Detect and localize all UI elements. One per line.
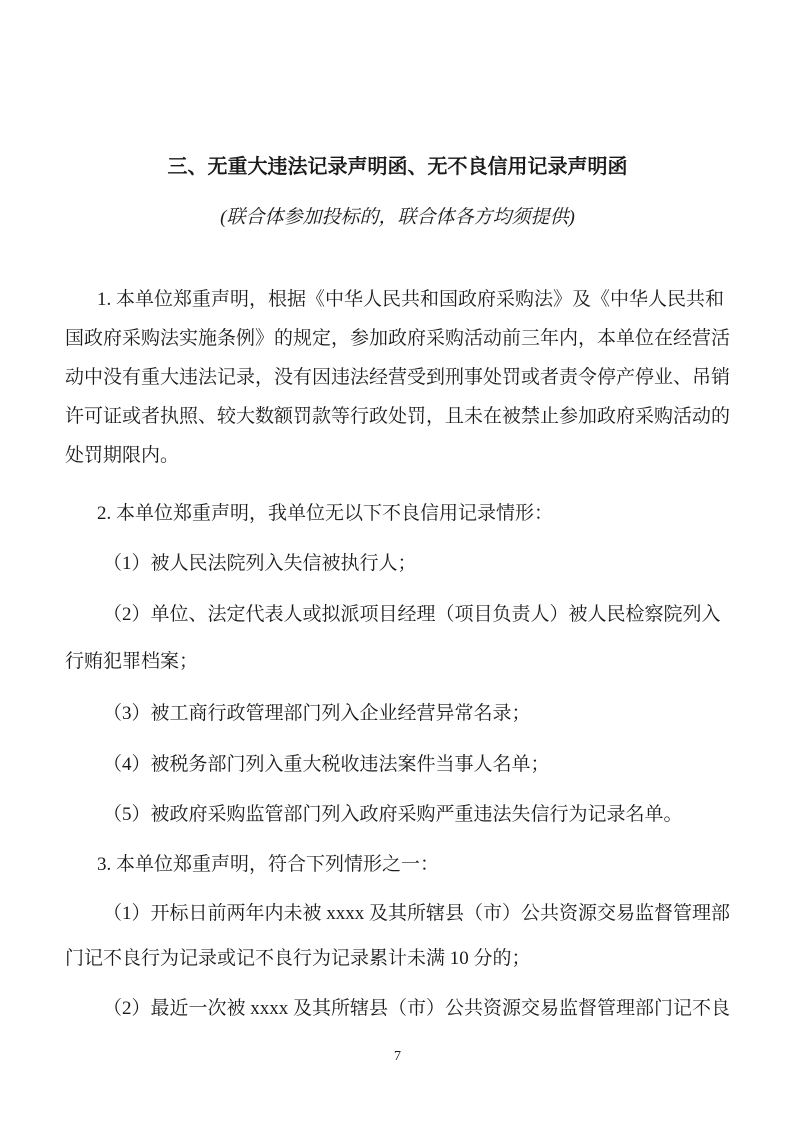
text-line: 处罚期限内。 [65, 436, 730, 475]
credit-item-3: （3）被工商行政管理部门列入企业经营异常名录； [65, 694, 730, 734]
paragraph-declaration-3: 3. 本单位郑重声明，符合下列情形之一： [65, 845, 730, 885]
text-line: （1）被人民法院列入失信被执行人； [65, 544, 730, 584]
text-line: （4）被税务部门列入重大税收违法案件当事人名单； [65, 745, 730, 785]
text-line: （2）最近一次被 xxxx 及其所辖县（市）公共资源交易监督管理部门记不良 [65, 989, 730, 1029]
text-line: （3）被工商行政管理部门列入企业经营异常名录； [65, 694, 730, 734]
text-line: 门记不良行为记录或记不良行为记录累计未满 10 分的； [65, 939, 730, 979]
text-line: 3. 本单位郑重声明，符合下列情形之一： [65, 845, 730, 885]
text-line: 行贿犯罪档案； [65, 642, 730, 682]
text-line: 许可证或者执照、较大数额罚款等行政处罚，且未在被禁止参加政府采购活动的 [65, 397, 730, 436]
text-line: （1）开标日前两年内未被 xxxx 及其所辖县（市）公共资源交易监督管理部 [65, 894, 730, 934]
situation-item-2: （2）最近一次被 xxxx 及其所辖县（市）公共资源交易监督管理部门记不良 [65, 989, 730, 1029]
document-page: 三、无重大违法记录声明函、无不良信用记录声明函 (联合体参加投标的，联合体各方均… [0, 0, 793, 1122]
document-subtitle: (联合体参加投标的，联合体各方均须提供) [65, 204, 730, 232]
text-line: （2）单位、法定代表人或拟派项目经理（项目负责人）被人民检察院列入 [65, 595, 730, 635]
paragraph-declaration-2: 2. 本单位郑重声明，我单位无以下不良信用记录情形： [65, 494, 730, 534]
credit-item-4: （4）被税务部门列入重大税收违法案件当事人名单； [65, 745, 730, 785]
text-line: （5）被政府采购监管部门列入政府采购严重违法失信行为记录名单。 [65, 795, 730, 835]
credit-item-5: （5）被政府采购监管部门列入政府采购严重违法失信行为记录名单。 [65, 795, 730, 835]
credit-item-1: （1）被人民法院列入失信被执行人； [65, 544, 730, 584]
text-line: 国政府采购法实施条例》的规定，参加政府采购活动前三年内，本单位在经营活 [65, 319, 730, 358]
page-number: 7 [65, 1047, 730, 1067]
text-line: 1. 本单位郑重声明，根据《中华人民共和国政府采购法》及《中华人民共和 [65, 280, 730, 319]
document-title: 三、无重大违法记录声明函、无不良信用记录声明函 [65, 153, 730, 181]
credit-item-2: （2）单位、法定代表人或拟派项目经理（项目负责人）被人民检察院列入 行贿犯罪档案… [65, 595, 730, 682]
situation-item-1: （1）开标日前两年内未被 xxxx 及其所辖县（市）公共资源交易监督管理部 门记… [65, 894, 730, 979]
paragraph-declaration-1: 1. 本单位郑重声明，根据《中华人民共和国政府采购法》及《中华人民共和 国政府采… [65, 280, 730, 475]
text-line: 动中没有重大违法记录，没有因违法经营受到刑事处罚或者责令停产停业、吊销 [65, 358, 730, 397]
text-line: 2. 本单位郑重声明，我单位无以下不良信用记录情形： [65, 494, 730, 534]
